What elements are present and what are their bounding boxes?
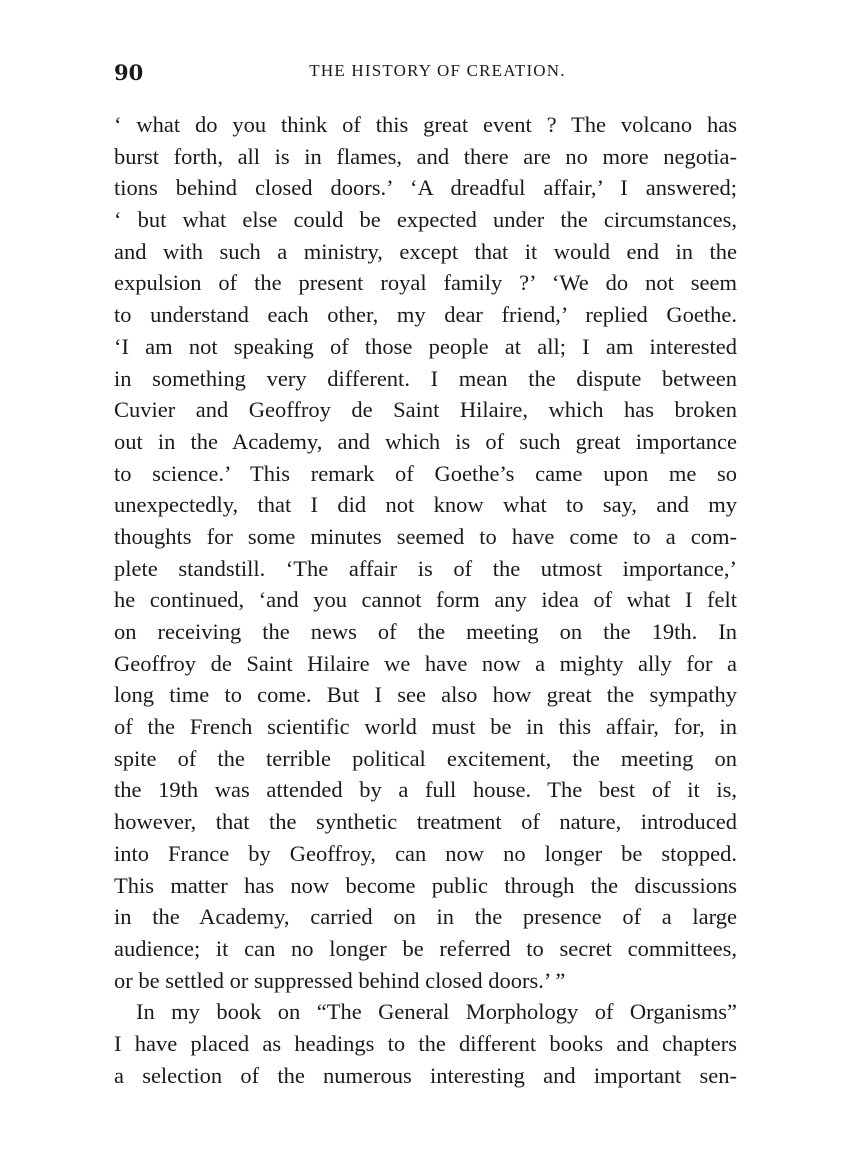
- paragraph-2: In my book on “The General Morphology of…: [114, 996, 737, 1091]
- text-line: Geoffroy de Saint Hilaire we have now a …: [114, 648, 737, 680]
- text-line: he continued, ‘and you cannot form any i…: [114, 584, 737, 616]
- text-line: unexpectedly, that I did not know what t…: [114, 489, 737, 521]
- text-line: in the Academy, carried on in the presen…: [114, 901, 737, 933]
- text-line: long time to come. But I see also how gr…: [114, 679, 737, 711]
- text-line: audience; it can no longer be referred t…: [114, 933, 737, 965]
- paragraph-1: ‘ what do you think of this great event …: [114, 109, 737, 996]
- text-line: tions behind closed doors.’ ‘A dreadful …: [114, 172, 737, 204]
- text-line: plete standstill. ‘The affair is of the …: [114, 553, 737, 585]
- text-line: ‘ what do you think of this great event …: [114, 109, 737, 141]
- text-line: on receiving the news of the meeting on …: [114, 616, 737, 648]
- text-line: thoughts for some minutes seemed to have…: [114, 521, 737, 553]
- running-header: 90 THE HISTORY OF CREATION.: [114, 60, 737, 84]
- text-line: or be settled or suppressed behind close…: [114, 965, 737, 997]
- text-line: spite of the terrible political exciteme…: [114, 743, 737, 775]
- text-line: expulsion of the present royal family ?’…: [114, 267, 737, 299]
- text-line: to science.’ This remark of Goethe’s cam…: [114, 458, 737, 490]
- text-line: a selection of the numerous interesting …: [114, 1060, 737, 1092]
- text-line: to understand each other, my dear friend…: [114, 299, 737, 331]
- text-line: ‘ but what else could be expected under …: [114, 204, 737, 236]
- text-line: Cuvier and Geoffroy de Saint Hilaire, wh…: [114, 394, 737, 426]
- text-line: however, that the synthetic treatment of…: [114, 806, 737, 838]
- text-line: out in the Academy, and which is of such…: [114, 426, 737, 458]
- text-line: In my book on “The General Morphology of…: [114, 996, 737, 1028]
- text-line: and with such a ministry, except that it…: [114, 236, 737, 268]
- text-line: in something very different. I mean the …: [114, 363, 737, 395]
- text-line: into France by Geoffroy, can now no long…: [114, 838, 737, 870]
- text-line: of the French scientific world must be i…: [114, 711, 737, 743]
- text-line: This matter has now become public throug…: [114, 870, 737, 902]
- text-line: ‘I am not speaking of those people at al…: [114, 331, 737, 363]
- text-line: the 19th was attended by a full house. T…: [114, 774, 737, 806]
- running-title: THE HISTORY OF CREATION.: [114, 61, 737, 81]
- text-line: burst forth, all is in flames, and there…: [114, 141, 737, 173]
- body-text: ‘ what do you think of this great event …: [114, 109, 737, 1091]
- text-line: I have placed as headings to the differe…: [114, 1028, 737, 1060]
